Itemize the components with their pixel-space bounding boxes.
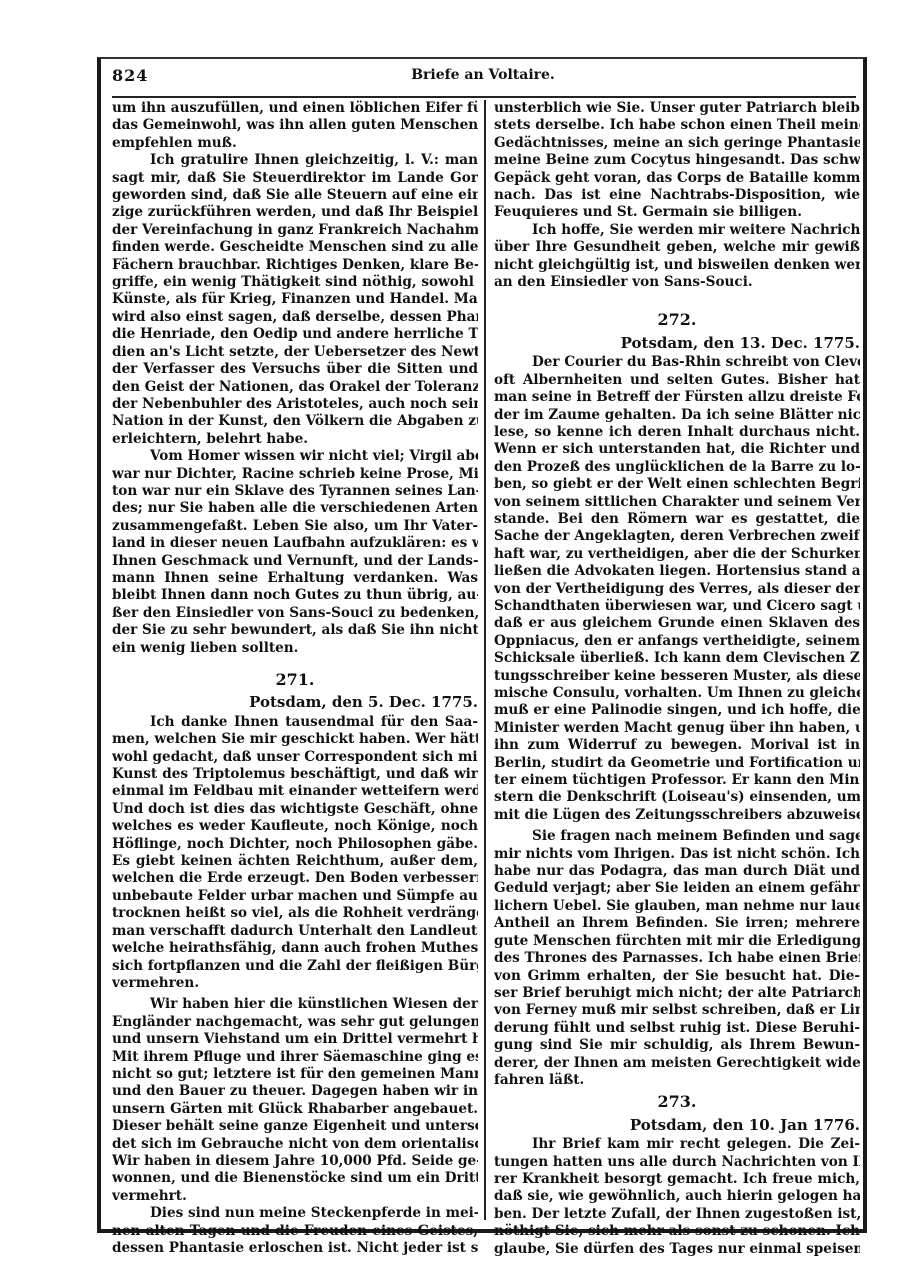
letter-number: 273. [494,1093,860,1110]
text-line: mir nichts vom Ihrigen. Das ist nicht sc… [494,846,860,863]
paragraph: Vom Homer wissen wir nicht viel; Virgil … [112,448,478,657]
text-line: Antheil an Ihrem Befinden. Sie irren; me… [494,915,860,932]
text-line: Ihr Brief kam mir recht gelegen. Die Zei… [494,1136,860,1153]
text-line: griffe, ein wenig Thätigkeit sind nöthig… [112,274,478,291]
text-line: nicht so gut; letztere ist für den gemei… [112,1066,478,1083]
text-line: nicht gleichgültig ist, und bisweilen de… [494,257,860,274]
text-line: ser Brief beruhigt mich nicht; der alte … [494,985,860,1002]
text-line: Wir haben hier die künstlichen Wiesen de… [112,996,478,1013]
text-line: haft war, zu vertheidigen, aber die der … [494,546,860,563]
text-line: ließen die Advokaten liegen. Hortensius … [494,563,860,580]
text-line: Wenn er sich unterstanden hat, die Richt… [494,441,860,458]
paragraph: um ihn auszufüllen, und einen löblichen … [112,100,478,152]
text-line: dien an's Licht setzte, der Uebersetzer … [112,344,478,361]
text-line: an den Einsiedler von Sans-Souci. [494,274,860,291]
text-line: nach. Das ist eine Nachtrabs-Disposition… [494,187,860,204]
text-line: oft Albernheiten und selten Gutes. Bishe… [494,372,860,389]
paragraph: Ihr Brief kam mir recht gelegen. Die Zei… [494,1136,860,1258]
text-line: unsern Gärten mit Glück Rhabarber angeba… [112,1101,478,1118]
text-line: det sich im Gebrauche nicht von dem orie… [112,1136,478,1153]
running-title: Briefe an Voltaire. [112,67,854,83]
text-line: Feuquieres und St. Germain sie billigen. [494,204,860,221]
text-line: Sie fragen nach meinem Befinden und sage… [494,828,860,845]
text-line: den Prozeß des unglücklichen de la Barre… [494,459,860,476]
text-line: Fächern brauchbar. Richtiges Denken, kla… [112,257,478,274]
text-line: Ich gratulire Ihnen gleichzeitig, l. V.:… [112,152,478,169]
text-line: trocknen heißt so viel, als die Rohheit … [112,905,478,922]
text-line: ein wenig lieben sollten. [112,640,478,657]
text-line: Minister werden Macht genug über ihn hab… [494,720,860,737]
text-line: tungen hatten uns alle durch Nachrichten… [494,1154,860,1171]
text-line: von seinem sittlichen Charakter und sein… [494,494,860,511]
text-line: stande. Bei den Römern war es gestattet,… [494,511,860,528]
text-line: Geduld verjagt; aber Sie leiden an einem… [494,880,860,897]
text-line: die Henriade, den Oedip und andere herrl… [112,326,478,343]
text-line: der im Zaume gehalten. Da ich seine Blät… [494,407,860,424]
text-line: welches es weder Kaufleute, noch Könige,… [112,818,478,835]
text-line: nöthigt Sie, sich mehr als sonst zu scho… [494,1223,860,1240]
letter-dateline: Potsdam, den 5. Dec. 1775. [112,694,478,711]
text-line: des Thrones des Parnasses. Ich habe eine… [494,950,860,967]
text-line: empfehlen muß. [112,135,478,152]
text-line: mit die Lügen des Zeitungsschreibers abz… [494,807,860,824]
letter-number: 272. [494,311,860,328]
text-line: Es giebt keinen ächten Reichthum, außer … [112,853,478,870]
text-line: gute Menschen fürchten mit mir die Erled… [494,933,860,950]
text-line: muß er eine Palinodie singen, und ich ho… [494,702,860,719]
text-line: nen alten Tagen und die Freuden eines Ge… [112,1223,478,1240]
text-line: man verschafft dadurch Unterhalt den Lan… [112,923,478,940]
text-line: ter einem tüchtigen Professor. Er kann d… [494,772,860,789]
text-line: ben, so giebt er der Welt einen schlecht… [494,476,860,493]
text-line: sich fortpflanzen und die Zahl der fleiß… [112,958,478,975]
text-line: Oppniacus, den er anfangs vertheidigte, … [494,633,860,650]
text-line: unbebaute Felder urbar machen und Sümpfe… [112,888,478,905]
text-line: Schicksale überließ. Ich kann dem Clevis… [494,650,860,667]
text-line: lese, so kenne ich deren Inhalt durchaus… [494,424,860,441]
right-column: unsterblich wie Sie. Unser guter Patriar… [494,100,860,1258]
paragraph: Ich hoffe, Sie werden mir weitere Nachri… [494,222,860,292]
text-line: mische Consulu, vorhalten. Um Ihnen zu g… [494,685,860,702]
text-line: von Ferney muß mir selbst schreiben, daß… [494,1002,860,1019]
text-line: der Nebenbuhler des Aristoteles, auch no… [112,396,478,413]
text-line: men, welchen Sie mir geschickt haben. We… [112,731,478,748]
text-line: meine Beine zum Cocytus hingesandt. Das … [494,152,860,169]
text-line: fahren läßt. [494,1072,860,1089]
text-line: bleibt Ihnen dann noch Gutes zu thun übr… [112,587,478,604]
text-line: und den Bauer zu theuer. Dagegen haben w… [112,1083,478,1100]
text-line: der Verfasser des Versuchs über die Sitt… [112,361,478,378]
text-line: und unsern Viehstand um ein Drittel verm… [112,1031,478,1048]
text-line: Kunst des Triptolemus beschäftigt, und d… [112,766,478,783]
text-line: wird also einst sagen, daß derselbe, des… [112,309,478,326]
text-line: zusammengefaßt. Leben Sie also, um Ihr V… [112,518,478,535]
text-line: Der Courier du Bas-Rhin schreibt von Cle… [494,354,860,371]
text-line: den Geist der Nationen, das Orakel der T… [112,379,478,396]
text-line: Nation in der Kunst, den Völkern die Abg… [112,413,478,430]
text-line: man seine in Betreff der Fürsten allzu d… [494,389,860,406]
text-line: zige zurückführen werden, und daß Ihr Be… [112,204,478,221]
text-line: Ich hoffe, Sie werden mir weitere Nachri… [494,222,860,239]
text-line: Vom Homer wissen wir nicht viel; Virgil … [112,448,478,465]
text-line: stern die Denkschrift (Loiseau's) einsen… [494,789,860,806]
text-line: Dieser behält seine ganze Eigenheit und … [112,1118,478,1135]
text-line: das Gemeinwohl, was ihn allen guten Mens… [112,117,478,134]
column-divider [484,100,486,1220]
text-line: mann Ihnen seine Erhaltung verdanken. Wa… [112,570,478,587]
text-line: geworden sind, daß Sie alle Steuern auf … [112,187,478,204]
text-line: finden werde. Gescheidte Menschen sind z… [112,239,478,256]
text-line: welche heirathsfähig, dann auch frohen M… [112,940,478,957]
text-line: tungsschreiber keine besseren Muster, al… [494,668,860,685]
text-line: lichern Uebel. Sie glauben, man nehme nu… [494,898,860,915]
page-header: 824 Briefe an Voltaire. [112,62,854,92]
paragraph: Wir haben hier die künstlichen Wiesen de… [112,996,478,1205]
text-line: um ihn auszufüllen, und einen löblichen … [112,100,478,117]
text-line: von Grimm erhalten, der Sie besucht hat.… [494,968,860,985]
text-line: ßer den Einsiedler von Sans-Souci zu bed… [112,605,478,622]
text-line: Ich danke Ihnen tausendmal für den Saa- [112,714,478,731]
text-line: über Ihre Gesundheit geben, welche mir g… [494,239,860,256]
text-line: Sache der Angeklagten, deren Verbrechen … [494,528,860,545]
text-line: Gedächtnisses, meine an sich geringe Pha… [494,135,860,152]
text-line: glaube, Sie dürfen des Tages nur einmal … [494,1241,860,1258]
text-line: erleichtern, belehrt habe. [112,431,478,448]
paragraph: Dies sind nun meine Steckenpferde in mei… [112,1205,478,1257]
text-line: rer Krankheit besorgt gemacht. Ich freue… [494,1171,860,1188]
text-line: derung fühlt und selbst ruhig ist. Diese… [494,1020,860,1037]
text-line: ben. Der letzte Zufall, der Ihnen zugest… [494,1206,860,1223]
text-line: Gepäck geht voran, das Corps de Bataille… [494,170,860,187]
text-line: der Sie zu sehr bewundert, als daß Sie i… [112,622,478,639]
text-line: wohl gedacht, daß unser Correspondent si… [112,749,478,766]
text-line: gung sind Sie mir schuldig, als Ihrem Be… [494,1037,860,1054]
paragraph: Ich danke Ihnen tausendmal für den Saa-m… [112,714,478,993]
text-line: Dies sind nun meine Steckenpferde in mei… [112,1205,478,1222]
text-line: war nur Dichter, Racine schrieb keine Pr… [112,466,478,483]
text-line: ihn zum Widerruf zu bewegen. Morival ist… [494,737,860,754]
text-line: habe nur das Podagra, das man durch Diät… [494,863,860,880]
letter-dateline: Potsdam, den 13. Dec. 1775. [494,335,860,352]
text-line: unsterblich wie Sie. Unser guter Patriar… [494,100,860,117]
text-line: land in dieser neuen Laufbahn aufzukläre… [112,535,478,552]
text-line: sagt mir, daß Sie Steuerdirektor im Land… [112,170,478,187]
text-line: welchen die Erde erzeugt. Den Boden verb… [112,870,478,887]
text-line: von der Vertheidigung des Verres, als di… [494,581,860,598]
text-line: dessen Phantasie erloschen ist. Nicht je… [112,1240,478,1257]
text-line: stets derselbe. Ich habe schon einen The… [494,117,860,134]
text-line: daß er aus gleichem Grunde einen Sklaven… [494,615,860,632]
text-line: vermehren. [112,975,478,992]
text-line: der Vereinfachung in ganz Frankreich Nac… [112,222,478,239]
paragraph: Der Courier du Bas-Rhin schreibt von Cle… [494,354,860,824]
text-line: Künste, als für Krieg, Finanzen und Hand… [112,291,478,308]
text-line: daß sie, wie gewöhnlich, auch hierin gel… [494,1188,860,1205]
letter-number: 271. [112,671,478,688]
text-line: Engländer nachgemacht, was sehr gut gelu… [112,1014,478,1031]
paragraph: Sie fragen nach meinem Befinden und sage… [494,828,860,1089]
text-line: Höflinge, noch Dichter, noch Philosophen… [112,836,478,853]
letter-dateline: Potsdam, den 10. Jan 1776. [494,1117,860,1134]
text-line: Wir haben in diesem Jahre 10,000 Pfd. Se… [112,1153,478,1170]
text-line: Schandthaten überwiesen war, und Cicero … [494,598,860,615]
text-line: wonnen, und die Bienenstöcke sind um ein… [112,1170,478,1187]
paragraph: unsterblich wie Sie. Unser guter Patriar… [494,100,860,222]
header-rule [112,96,856,98]
paragraph: Ich gratulire Ihnen gleichzeitig, l. V.:… [112,152,478,448]
text-line: Und doch ist dies das wichtigste Geschäf… [112,801,478,818]
text-line: vermehrt. [112,1188,478,1205]
text-line: einmal im Feldbau mit einander wetteifer… [112,783,478,800]
text-line: Mit ihrem Pfluge und ihrer Säemaschine g… [112,1049,478,1066]
text-line: Ihnen Geschmack und Vernunft, und der La… [112,553,478,570]
left-column: um ihn auszufüllen, und einen löblichen … [112,100,478,1257]
text-line: des; nur Sie haben alle die verschiedene… [112,500,478,517]
text-line: ton war nur ein Sklave des Tyrannen sein… [112,483,478,500]
text-line: derer, der Ihnen am meisten Gerechtigkei… [494,1055,860,1072]
text-line: Berlin, studirt da Geometrie und Fortifi… [494,755,860,772]
